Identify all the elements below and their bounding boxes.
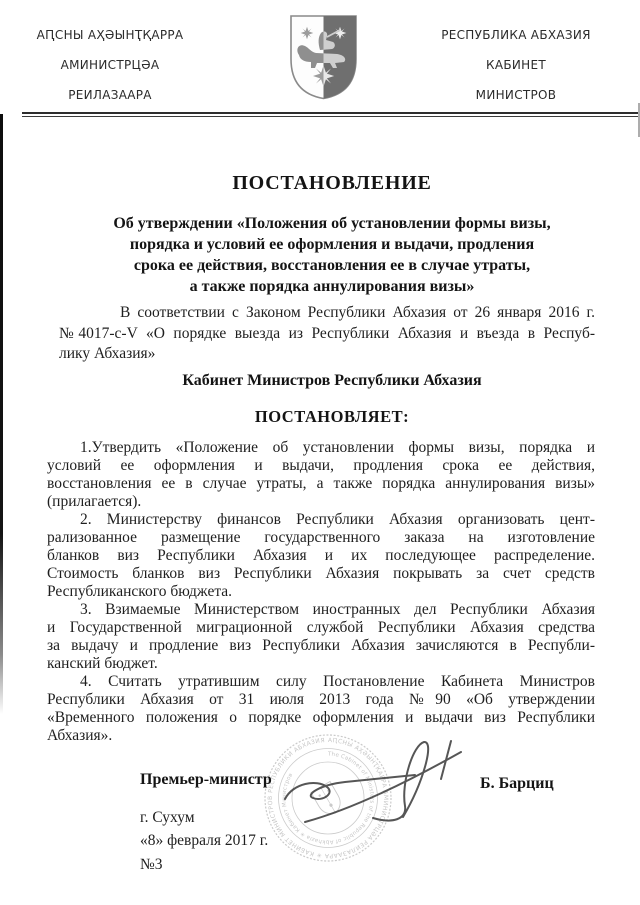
text-line: АԤСНЫ АҲӘЫНҬҚАРРА [24,20,196,50]
text-line: срока ее действия, восстановления ее в с… [69,255,595,276]
text-line: №4017-с-V «О порядке выезда из Республик… [59,324,595,345]
text-line: РЕИЛАЗААРА [24,80,196,110]
signing-date: «8» февраля 2017 г. [140,832,268,850]
issuer-line: Кабинет Министров Республики Абхазия [47,370,595,392]
resolves-line: ПОСТАНОВЛЯЕТ: [47,406,595,428]
signature-section: АԤСНЫ АҲӘЫНҬҚАРРА АМИНИСТРЦӘА РЕИЛАЗААРА… [0,745,640,905]
org-name-russian: РЕСПУБЛИКА АБХАЗИЯКАБИНЕТМИНИСТРОВ [430,20,602,110]
decree-title: ПОСТАНОВЛЕНИЕ [47,170,595,196]
text-line: Об утверждении «Положения об установлени… [69,213,595,234]
abkhazia-coat-of-arms-icon [287,13,360,101]
text-line: МИНИСТРОВ [430,80,602,110]
scan-artifact-left-line [0,114,3,714]
decree-items: 1.Утвердить «Положение об установлении ф… [47,439,595,745]
text-line: канский бюджет. [47,655,595,673]
text-line: Республики Абхазия от 31 июля 2013 года … [47,691,595,709]
text-line: и Государственной миграционной службой Р… [47,619,595,637]
letterhead: АԤСНЫ АҲӘЫНҬҚАРРААМИНИСТРЦӘАРЕИЛАЗААРА [0,0,640,112]
decree-body: ПОСТАНОВЛЕНИЕ Об утверждении «Положения … [47,170,595,745]
text-line: КАБИНЕТ [430,50,602,80]
text-line: восстановления ее в случае утраты, а так… [47,475,595,493]
text-line: В соответствии с Законом Республики Абха… [59,303,595,324]
text-line: (прилагается). [47,493,595,511]
decree-item-3: 3. Взимаемые Министерством иностранных д… [47,601,595,673]
text-line: Стоимость бланков виз Республики Абхазия… [47,565,595,583]
text-line: рализованное размещение государственного… [47,529,595,547]
text-line: 4. Считать утратившим силу Постановление… [47,673,595,691]
signatory-post: Премьер-министр [140,771,272,789]
text-line: условий ее оформления и выдачи, продлени… [47,457,595,475]
decree-item-2: 2. Министерству финансов Республики Абха… [47,511,595,601]
signing-place: г. Сухум [140,809,195,827]
text-line: РЕСПУБЛИКА АБХАЗИЯ [430,20,602,50]
text-line: за выдачу и продление виз Республики Абх… [47,637,595,655]
signatory-name: Б. Барциц [480,775,554,793]
premier-signature-autograph [265,721,480,836]
letterhead-divider [22,112,638,117]
text-line: порядка и условий ее оформления и выдачи… [69,234,595,255]
text-line: а также порядка аннулирования визы» [69,276,595,297]
text-line: 3. Взимаемые Министерством иностранных д… [47,601,595,619]
preamble-paragraph: В соответствии с Законом Республики Абха… [59,303,595,365]
decree-item-1: 1.Утвердить «Положение об установлении ф… [47,439,595,511]
decree-number: №3 [140,856,163,874]
text-line: бланков виз Республики Абхазия и их посл… [47,547,595,565]
decree-subject: Об утверждении «Положения об установлени… [47,213,595,297]
text-line: 1.Утвердить «Положение об установлении ф… [47,439,595,457]
text-line: Республиканского бюджета. [47,583,595,601]
text-line: 2. Министерству финансов Республики Абха… [47,511,595,529]
org-name-abkhaz: АԤСНЫ АҲӘЫНҬҚАРРААМИНИСТРЦӘАРЕИЛАЗААРА [24,20,196,110]
text-line: АМИНИСТРЦӘА [24,50,196,80]
text-line: лику Абхазия» [59,344,595,365]
decree-document: { "document": { "header": { "left_org": … [0,0,640,905]
